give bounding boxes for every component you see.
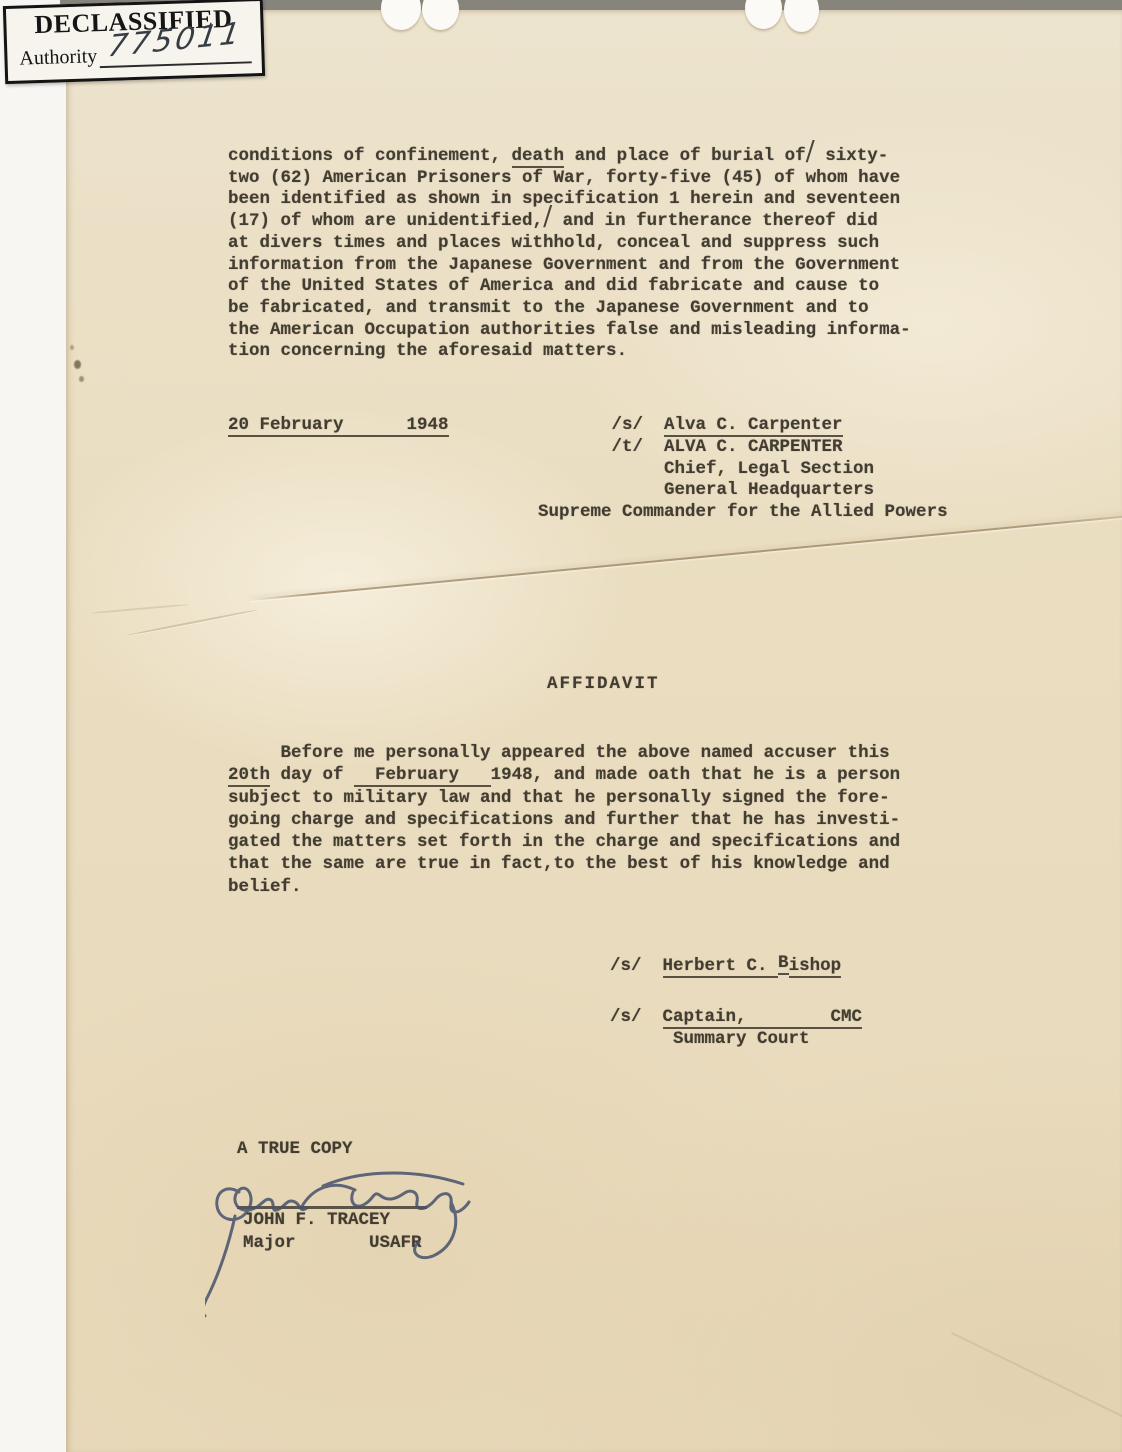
typed-line: the American Occupation authorities fals…: [228, 320, 911, 342]
typed-text: belief.: [228, 877, 302, 897]
typed-text: AFFIDAVIT: [547, 674, 660, 694]
typed-text: and place of burial of: [564, 146, 806, 166]
typed-text: 1948, and made oath that he is a person: [491, 765, 901, 785]
typed-text: /t/ ALVA C. CARPENTER: [538, 437, 843, 457]
captain-block: /s/ Captain, CMC Summary Court: [610, 1006, 862, 1050]
typed-text: at divers times and places withhold, con…: [228, 233, 879, 253]
typed-line: Supreme Commander for the Allied Powers: [538, 502, 948, 524]
typed-text: JOHN F. TRACEY: [243, 1210, 390, 1230]
typed-line: /s/ Captain, CMC: [610, 1006, 862, 1028]
typed-text: Captain, CMC: [663, 1007, 863, 1029]
typed-text: two (62) American Prisoners of War, fort…: [228, 168, 900, 188]
typed-line: JOHN F. TRACEY: [243, 1209, 422, 1232]
affidavit-heading: AFFIDAVIT: [547, 674, 660, 696]
typed-text: Chief, Legal Section: [538, 459, 874, 479]
typed-text: of the United States of America and did …: [228, 276, 879, 296]
typed-line: /t/ ALVA C. CARPENTER: [538, 437, 948, 459]
typed-line: /s/ Alva C. Carpenter: [538, 415, 948, 437]
typed-text: Summary Court: [610, 1029, 810, 1049]
typed-text: gated the matters set forth in the charg…: [228, 832, 900, 852]
typed-line: Summary Court: [610, 1028, 862, 1050]
typed-line: 20 February 1948: [228, 415, 449, 437]
typed-line: at divers times and places withhold, con…: [228, 233, 911, 255]
typed-text: conditions of confinement,: [228, 146, 512, 166]
typed-text: been identified as shown in specificatio…: [228, 189, 900, 209]
typed-line: two (62) American Prisoners of War, fort…: [228, 168, 911, 190]
typed-line: subject to military law and that he pers…: [228, 787, 900, 809]
typed-text: Major USAFR: [243, 1233, 422, 1253]
typed-line: going charge and specifications and furt…: [228, 809, 900, 831]
typed-text: Supreme Commander for the Allied Powers: [538, 502, 948, 522]
typed-text: the American Occupation authorities fals…: [228, 320, 911, 340]
typed-line: (17) of whom are unidentified,/ and in f…: [228, 211, 911, 233]
signature-rule-line: [237, 1206, 427, 1209]
scanned-document-page: DECLASSIFIED Authority 775011 conditions…: [0, 0, 1122, 1452]
carpenter-signature-block: /s/ Alva C. Carpenter /t/ ALVA C. CARPEN…: [538, 415, 948, 524]
typed-text: /s/: [610, 1007, 663, 1027]
typed-line: Before me personally appeared the above …: [228, 742, 900, 764]
bishop-signature-line: /s/ Herbert C. Bishop: [610, 956, 841, 978]
typed-line: Chief, Legal Section: [538, 459, 948, 481]
typed-text: death: [512, 146, 565, 168]
typed-text: sixty-: [815, 146, 889, 166]
true-copy-label: A TRUE COPY: [237, 1139, 353, 1161]
typed-line: General Headquarters: [538, 480, 948, 502]
typed-text: Herbert C.: [663, 956, 779, 978]
typed-text: (17) of whom are unidentified,: [228, 211, 543, 231]
typed-line: gated the matters set forth in the charg…: [228, 831, 900, 853]
typed-line: 20th day of February 1948, and made oath…: [228, 764, 900, 786]
typed-line: belief.: [228, 876, 900, 898]
typed-line: tion concerning the aforesaid matters.: [228, 341, 911, 363]
typed-text: tion concerning the aforesaid matters.: [228, 341, 627, 361]
typed-line: that the same are true in fact,to the be…: [228, 853, 900, 875]
tracey-block: JOHN F. TRACEYMajor USAFR: [243, 1209, 422, 1254]
typed-text: A TRUE COPY: [237, 1139, 353, 1159]
typed-line: /s/ Herbert C. Bishop: [610, 956, 841, 978]
typed-text: information from the Japanese Government…: [228, 255, 900, 275]
charge-paragraph: conditions of confinement, death and pla…: [228, 146, 911, 363]
typed-text: /s/: [610, 956, 663, 976]
typed-text: /s/: [538, 415, 664, 435]
typed-line: Major USAFR: [243, 1232, 422, 1255]
typed-line: information from the Japanese Government…: [228, 255, 911, 277]
typed-line: been identified as shown in specificatio…: [228, 189, 911, 211]
typed-text: going charge and specifications and furt…: [228, 810, 900, 830]
typed-line: of the United States of America and did …: [228, 276, 911, 298]
typed-text: 20th: [228, 765, 270, 787]
typed-text: Before me personally appeared the above …: [228, 743, 890, 763]
typed-text: subject to military law and that he pers…: [228, 788, 890, 808]
typed-text: that the same are true in fact,to the be…: [228, 854, 890, 874]
affidavit-paragraph: Before me personally appeared the above …: [228, 742, 900, 898]
typed-text: General Headquarters: [538, 480, 874, 500]
pen-slash-mark: /: [543, 201, 552, 232]
typed-text: ishop: [789, 956, 842, 978]
typed-line: conditions of confinement, death and pla…: [228, 146, 911, 168]
typed-line: AFFIDAVIT: [547, 674, 660, 696]
typed-text: Alva C. Carpenter: [664, 415, 843, 437]
typed-text: B: [778, 953, 789, 975]
typed-text: 20 February 1948: [228, 415, 449, 437]
typed-text: be fabricated, and transmit to the Japan…: [228, 298, 869, 318]
typed-text: February: [354, 765, 491, 787]
typed-line: be fabricated, and transmit to the Japan…: [228, 298, 911, 320]
typed-text-layer: conditions of confinement, death and pla…: [0, 0, 1122, 1452]
typed-line: A TRUE COPY: [237, 1139, 353, 1161]
pen-slash-mark: /: [806, 136, 815, 167]
typed-text: day of: [270, 765, 354, 785]
typed-text: and in furtherance thereof did: [552, 211, 878, 231]
date-line: 20 February 1948: [228, 415, 449, 437]
